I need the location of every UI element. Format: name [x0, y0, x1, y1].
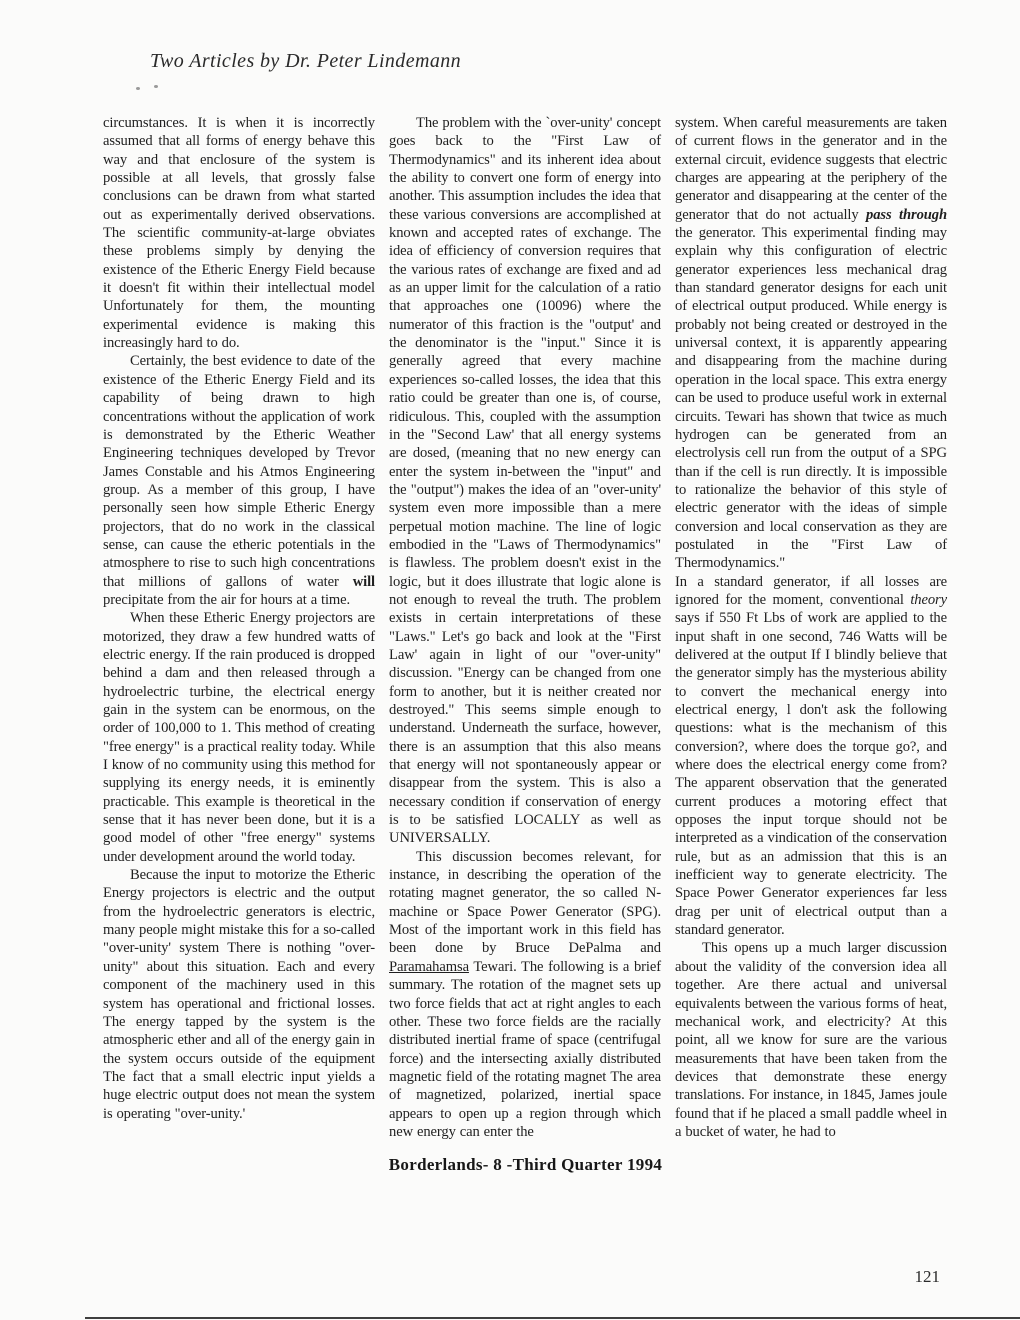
- body-text: says if 550 Ft Lbs of work are applied t…: [675, 610, 947, 938]
- body-text: circumstances. It is when it is incorrec…: [103, 115, 375, 351]
- text-column-2: The problem with the `over-unity' concep…: [389, 114, 661, 1141]
- body-text: When these Etheric Energy projectors are…: [103, 610, 375, 864]
- paragraph: Because the input to motorize the Etheri…: [103, 866, 375, 1123]
- scan-artifact-dot: [154, 85, 158, 88]
- paragraph: In a standard generator, if all losses a…: [675, 573, 947, 940]
- emphasized-text: will: [353, 574, 375, 590]
- body-text: Because the input to motorize the Etheri…: [103, 867, 375, 1121]
- body-text: The problem with the `over-unity' concep…: [389, 115, 661, 846]
- body-text: This discussion becomes relevant, for in…: [389, 849, 661, 957]
- paragraph: This opens up a much larger discussion a…: [675, 939, 947, 1141]
- paragraph: circumstances. It is when it is incorrec…: [103, 114, 375, 352]
- body-text: Certainly, the best evidence to date of …: [103, 353, 375, 589]
- paragraph: The problem with the `over-unity' concep…: [389, 114, 661, 848]
- scan-edge-line: [85, 1317, 1020, 1319]
- page-number: 121: [915, 1267, 941, 1287]
- footer-journal-line: Borderlands- 8 -Third Quarter 1994: [103, 1155, 948, 1175]
- document-page: Two Articles by Dr. Peter Lindemann circ…: [0, 0, 1020, 1320]
- paragraph: When these Etheric Energy projectors are…: [103, 609, 375, 866]
- paragraph: This discussion becomes relevant, for in…: [389, 848, 661, 1142]
- body-text: precipitate from the air for hours at a …: [103, 592, 350, 608]
- body-text: This opens up a much larger discussion a…: [675, 940, 947, 1139]
- emphasized-text: Paramahamsa: [389, 959, 469, 975]
- paragraph: Certainly, the best evidence to date of …: [103, 352, 375, 609]
- emphasized-text: theory: [910, 592, 947, 608]
- body-text: In a standard generator, if all losses a…: [675, 574, 947, 608]
- text-column-3: system. When careful measurements are ta…: [675, 114, 947, 1141]
- text-column-1: circumstances. It is when it is incorrec…: [103, 114, 375, 1123]
- body-text: the generator. This experimental finding…: [675, 225, 947, 571]
- article-header-title: Two Articles by Dr. Peter Lindemann: [150, 50, 461, 73]
- scan-artifact-dot: [136, 87, 140, 90]
- paragraph: system. When careful measurements are ta…: [675, 114, 947, 573]
- body-text: Tewari. The following is a brief summary…: [389, 959, 661, 1140]
- text-columns: circumstances. It is when it is incorrec…: [103, 114, 948, 1141]
- emphasized-text: pass through: [866, 207, 947, 223]
